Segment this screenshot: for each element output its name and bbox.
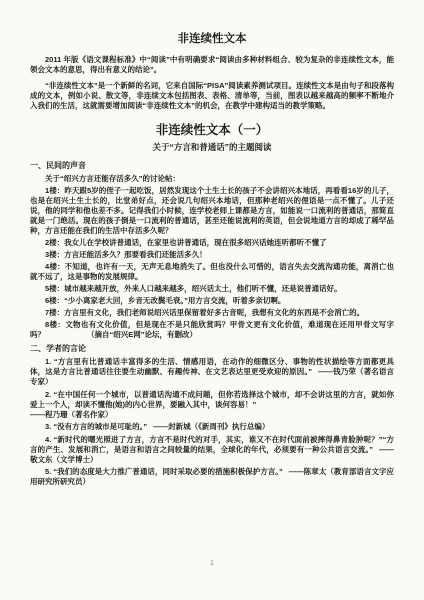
scholar-quote: 1. “方言里有比普通话丰富得多的生活、情感用语，在动作的细微区分、事物的性状描… xyxy=(30,357,394,387)
quote-number: 2. xyxy=(45,390,51,399)
part2-heading: 二、学者的言论 xyxy=(30,344,394,354)
quote-number: 1. xyxy=(45,357,51,366)
post-text: “少小离家老大回，乡音无改鬓毛衰。”用方言交流，听着多亲切啊。 xyxy=(64,296,285,305)
forum-post: 3楼：方言还能活多久？那要看我们还能活多久！ xyxy=(30,250,394,260)
post-label: 2楼： xyxy=(45,238,64,247)
intro-paragraph: 2011 年版《语文课程标准》中“阅读”中有明确要求“阅读由多种材料组合、较为复… xyxy=(30,55,394,75)
quote-attribution: ——程乃珊（著名作家） xyxy=(30,410,394,420)
page-number: 1 xyxy=(210,560,214,567)
quote-text: “在中国任何一个城市，以普通话沟通不成问题，但你若选择这个城市，却不会讲这里的方… xyxy=(30,390,394,409)
document-page: 非连续性文本 2011 年版《语文课程标准》中“阅读”中有明确要求“阅读由多种材… xyxy=(0,0,424,600)
forum-post: 1楼：昨天跟5岁的侄子一起吃饭，居然发现这个土生土长的孩子不会讲绍兴本地话，再看… xyxy=(30,186,394,236)
document-title: 非连续性文本 xyxy=(30,32,394,47)
quote-number: 4. xyxy=(45,435,51,444)
quote-number: 3. xyxy=(45,422,51,431)
source-note: （摘自“绍兴E网”论坛，有删改） xyxy=(87,330,197,339)
scholar-quote: 4. “新时代的曙光照进了方言，方言不是时代的对手，其实，谁又不在时代面前被摔得… xyxy=(30,435,394,465)
post-text: 我女儿在学校讲普通话，在家里也讲普通话，现在很多绍兴话她连听都听不懂了 xyxy=(64,238,327,247)
quote-text: “新时代的曙光照进了方言，方言不是时代的对手，其实，谁又不在时代面前被摔得鼻青脸… xyxy=(30,435,394,454)
forum-post: 4楼：不知道，也许有一天，无声无息地消失了。但也没什么可惜的，语言失去交流沟通功… xyxy=(30,262,394,282)
post-text: 城市越来越开放，外来人口越来越多，绍兴话太土，他们听不懂，还是说普通话好。 xyxy=(64,284,342,293)
section-subtitle: 关于“方言和普通话”的主题阅读 xyxy=(30,142,394,153)
post-label: 5楼： xyxy=(45,284,64,293)
intro-paragraph: “非连续性文本”是一个新鲜的名词，它来自国际“PISA”阅读素养测试项目。连续性… xyxy=(30,81,394,111)
post-text: 方言还能活多久？那要看我们还能活多久！ xyxy=(64,250,207,259)
discussion-thread-title: 关于“绍兴方言还能存活多久”的讨论帖： xyxy=(30,174,394,184)
post-text: 不知道，也许有一天，无声无息地消失了。但也没什么可惜的，语言失去交流沟通功能，离… xyxy=(30,262,394,281)
scholar-quote: 3. “没有方言的城市是可耻的。”——封新城（《新周刊》执行总编） xyxy=(30,422,394,432)
forum-post: 2楼：我女儿在学校讲普通话，在家里也讲普通话，现在很多绍兴话她连听都听不懂了 xyxy=(30,238,394,248)
forum-post: 8楼：文物也有文化价值，但是现在不是只能欣赏吗？甲骨文更有文化价值，难道现在还用… xyxy=(30,320,394,340)
quote-text: “没有方言的城市是可耻的。” xyxy=(53,422,147,431)
post-text: 方言里有文化，我们老师说绍兴话里保留着好多古音呢，我想有文化的东西是不会消亡的。 xyxy=(64,308,364,317)
post-label: 6楼： xyxy=(45,296,64,305)
post-label: 8楼： xyxy=(45,320,65,329)
post-label: 7楼： xyxy=(45,308,64,317)
quote-text: “我们的态度是大力推广普通话，同时采取必要的措施积极保护方言。” xyxy=(53,467,282,476)
section-title: 非连续性文本（一） xyxy=(30,122,394,138)
post-text: 昨天跟5岁的侄子一起吃饭，居然发现这个土生土长的孩子不会讲绍兴本地话，再看看16… xyxy=(30,186,394,235)
page-footer: 1 xyxy=(0,552,424,570)
part1-heading: 一、民间的声音 xyxy=(30,161,394,171)
scholar-quote: 5. “我们的态度是大力推广普通话，同时采取必要的措施积极保护方言。”——陈章太… xyxy=(30,467,394,487)
post-label: 3楼： xyxy=(45,250,64,259)
quote-attribution: ——封新城（《新周刊》执行总编） xyxy=(153,422,269,431)
post-label: 4楼： xyxy=(45,262,65,271)
forum-post: 5楼：城市越来越开放，外来人口越来越多，绍兴话太土，他们听不懂，还是说普通话好。 xyxy=(30,284,394,294)
quote-number: 5. xyxy=(45,467,51,476)
post-text: 文物也有文化价值，但是现在不是只能欣赏吗？甲骨文更有文化价值，难道现在还用甲骨文… xyxy=(30,320,394,339)
forum-post: 7楼：方言里有文化，我们老师说绍兴话里保留着好多古音呢，我想有文化的东西是不会消… xyxy=(30,308,394,318)
forum-post: 6楼：“少小离家老大回，乡音无改鬓毛衰。”用方言交流，听着多亲切啊。 xyxy=(30,296,394,306)
scholar-quote: 2. “在中国任何一个城市，以普通话沟通不成问题，但你若选择这个城市，却不会讲这… xyxy=(30,390,394,420)
post-label: 1楼： xyxy=(45,186,64,195)
